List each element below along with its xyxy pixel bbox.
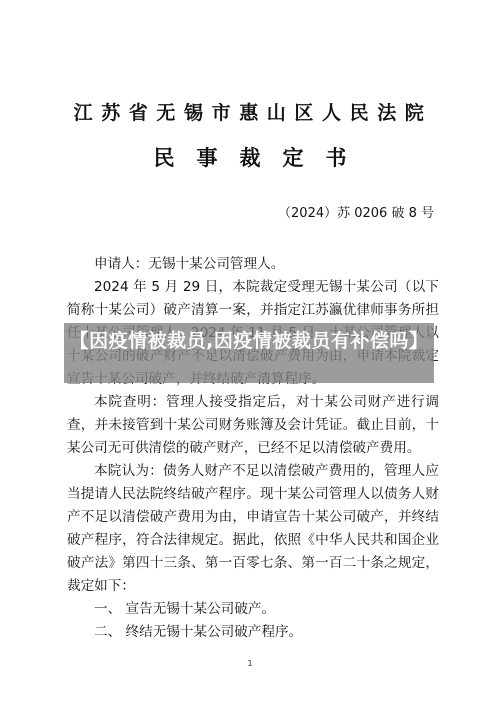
court-name: 江苏省无锡市惠山区人民法院 xyxy=(0,100,500,126)
document-title: 民事裁定书 xyxy=(0,144,500,172)
ruling-item-1: 一、 宣告无锡十某公司破产。 xyxy=(67,598,439,621)
page-number: 1 xyxy=(0,659,500,668)
ruling-item-2: 二、 终结无锡十某公司破产程序。 xyxy=(67,621,439,644)
paragraph-applicant: 申请人：无锡十某公司管理人。 xyxy=(67,253,439,276)
headline-overlay-banner: 【因疫情被裁员,因疫情被裁员有补偿吗】 xyxy=(64,323,434,383)
document-body: 申请人：无锡十某公司管理人。 2024 年 5 月 29 日，本院裁定受理无锡十… xyxy=(67,253,439,644)
paragraph-reasoning: 本院认为：债务人财产不足以清偿破产费用的，管理人应当提请人民法院终结破产程序。现… xyxy=(67,460,439,598)
case-number: （2024）苏 0206 破 8 号 xyxy=(278,205,434,223)
paragraph-findings: 本院查明：管理人接受指定后，对十某公司财产进行调查，并未接管到十某公司财务账簿及… xyxy=(67,391,439,460)
